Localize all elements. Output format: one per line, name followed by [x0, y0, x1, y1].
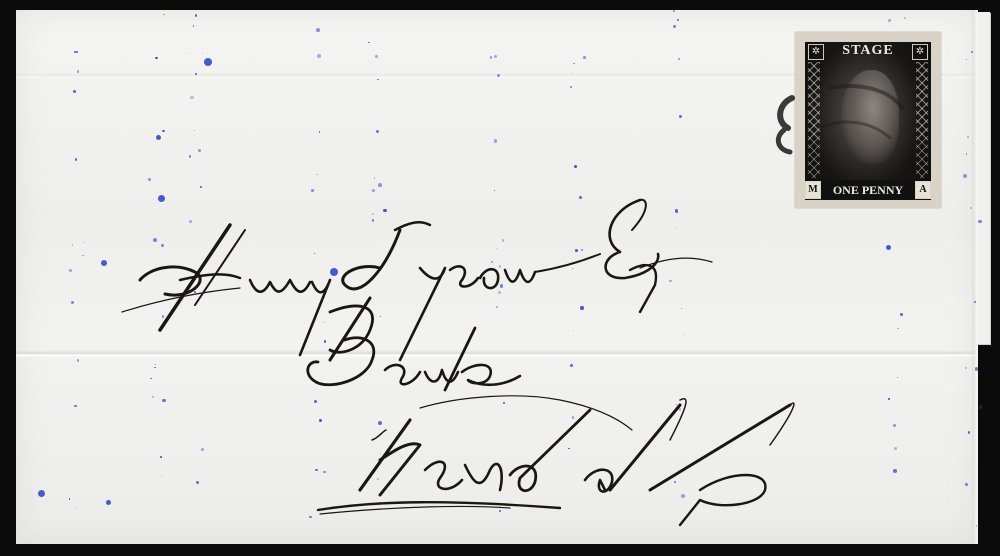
handwritten-address	[0, 0, 1000, 556]
